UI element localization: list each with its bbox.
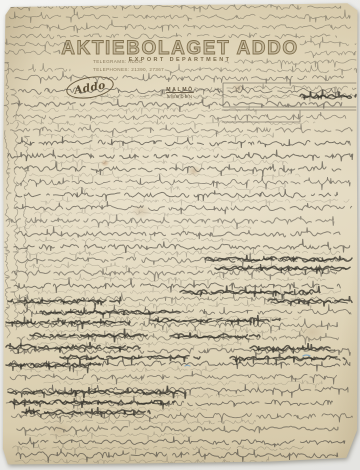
letter-sheet: AKTIEBOLAGET ADDO EXPORT DEPARTMENT TELE… xyxy=(0,0,360,470)
letter-paper: AKTIEBOLAGET ADDO EXPORT DEPARTMENT TELE… xyxy=(0,0,360,470)
scan-background: { "scan": { "background_color": "#ececea… xyxy=(0,0,360,470)
handwriting-layer xyxy=(0,0,360,470)
